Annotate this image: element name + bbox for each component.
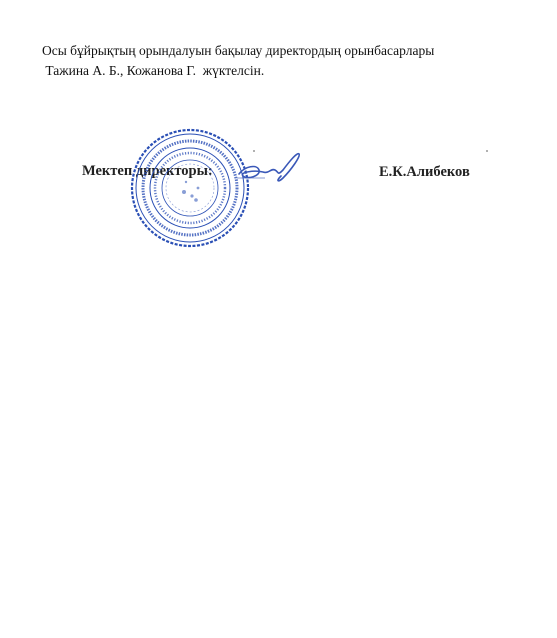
order-text-line-2: Тажина А. Б., Кожанова Г. жүктелсін. xyxy=(42,63,264,79)
director-name: Е.К.Алибеков xyxy=(379,164,470,181)
scan-speck xyxy=(253,150,255,152)
order-text-line-1: Осы бұйрықтың орындалуын бақылау директо… xyxy=(42,43,434,59)
signature-icon xyxy=(235,148,305,188)
scan-speck xyxy=(486,150,488,152)
official-seal-icon xyxy=(128,126,252,250)
